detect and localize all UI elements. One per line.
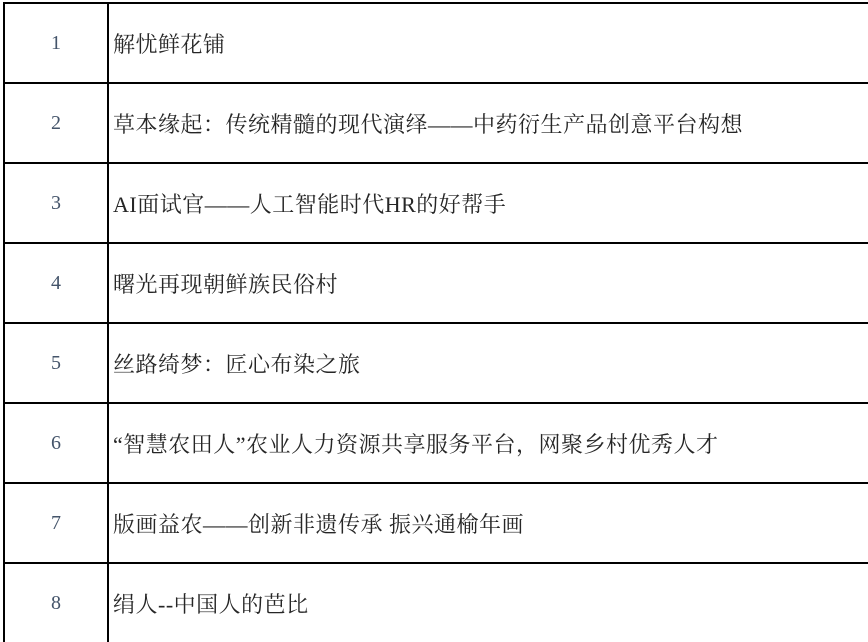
table-row: 4 曙光再现朝鲜族民俗村 (4, 243, 868, 323)
row-number-cell: 6 (4, 403, 108, 483)
table-row: 7 版画益农——创新非遗传承 振兴通榆年画 (4, 483, 868, 563)
row-title-cell: “智慧农田人”农业人力资源共享服务平台，网聚乡村优秀人才 (108, 403, 868, 483)
table-row: 6 “智慧农田人”农业人力资源共享服务平台，网聚乡村优秀人才 (4, 403, 868, 483)
table-row: 1 解忧鲜花铺 (4, 3, 868, 83)
row-number-cell: 3 (4, 163, 108, 243)
table-row: 5 丝路绮梦：匠心布染之旅 (4, 323, 868, 403)
table-row: 3 AI面试官——人工智能时代HR的好帮手 (4, 163, 868, 243)
row-title-cell: 草本缘起：传统精髓的现代演绎——中药衍生产品创意平台构想 (108, 83, 868, 163)
table-row: 2 草本缘起：传统精髓的现代演绎——中药衍生产品创意平台构想 (4, 83, 868, 163)
row-number-cell: 4 (4, 243, 108, 323)
row-title-cell: 解忧鲜花铺 (108, 3, 868, 83)
row-number-cell: 1 (4, 3, 108, 83)
row-number-cell: 7 (4, 483, 108, 563)
row-title-cell: 曙光再现朝鲜族民俗村 (108, 243, 868, 323)
row-number-cell: 5 (4, 323, 108, 403)
project-list-table: 1 解忧鲜花铺 2 草本缘起：传统精髓的现代演绎——中药衍生产品创意平台构想 3… (3, 2, 868, 642)
row-title-cell: 版画益农——创新非遗传承 振兴通榆年画 (108, 483, 868, 563)
document-page: 1 解忧鲜花铺 2 草本缘起：传统精髓的现代演绎——中药衍生产品创意平台构想 3… (0, 0, 868, 642)
row-title-cell: 绢人--中国人的芭比 (108, 563, 868, 642)
row-number-cell: 2 (4, 83, 108, 163)
row-number-cell: 8 (4, 563, 108, 642)
row-title-cell: AI面试官——人工智能时代HR的好帮手 (108, 163, 868, 243)
table-row: 8 绢人--中国人的芭比 (4, 563, 868, 642)
row-title-cell: 丝路绮梦：匠心布染之旅 (108, 323, 868, 403)
